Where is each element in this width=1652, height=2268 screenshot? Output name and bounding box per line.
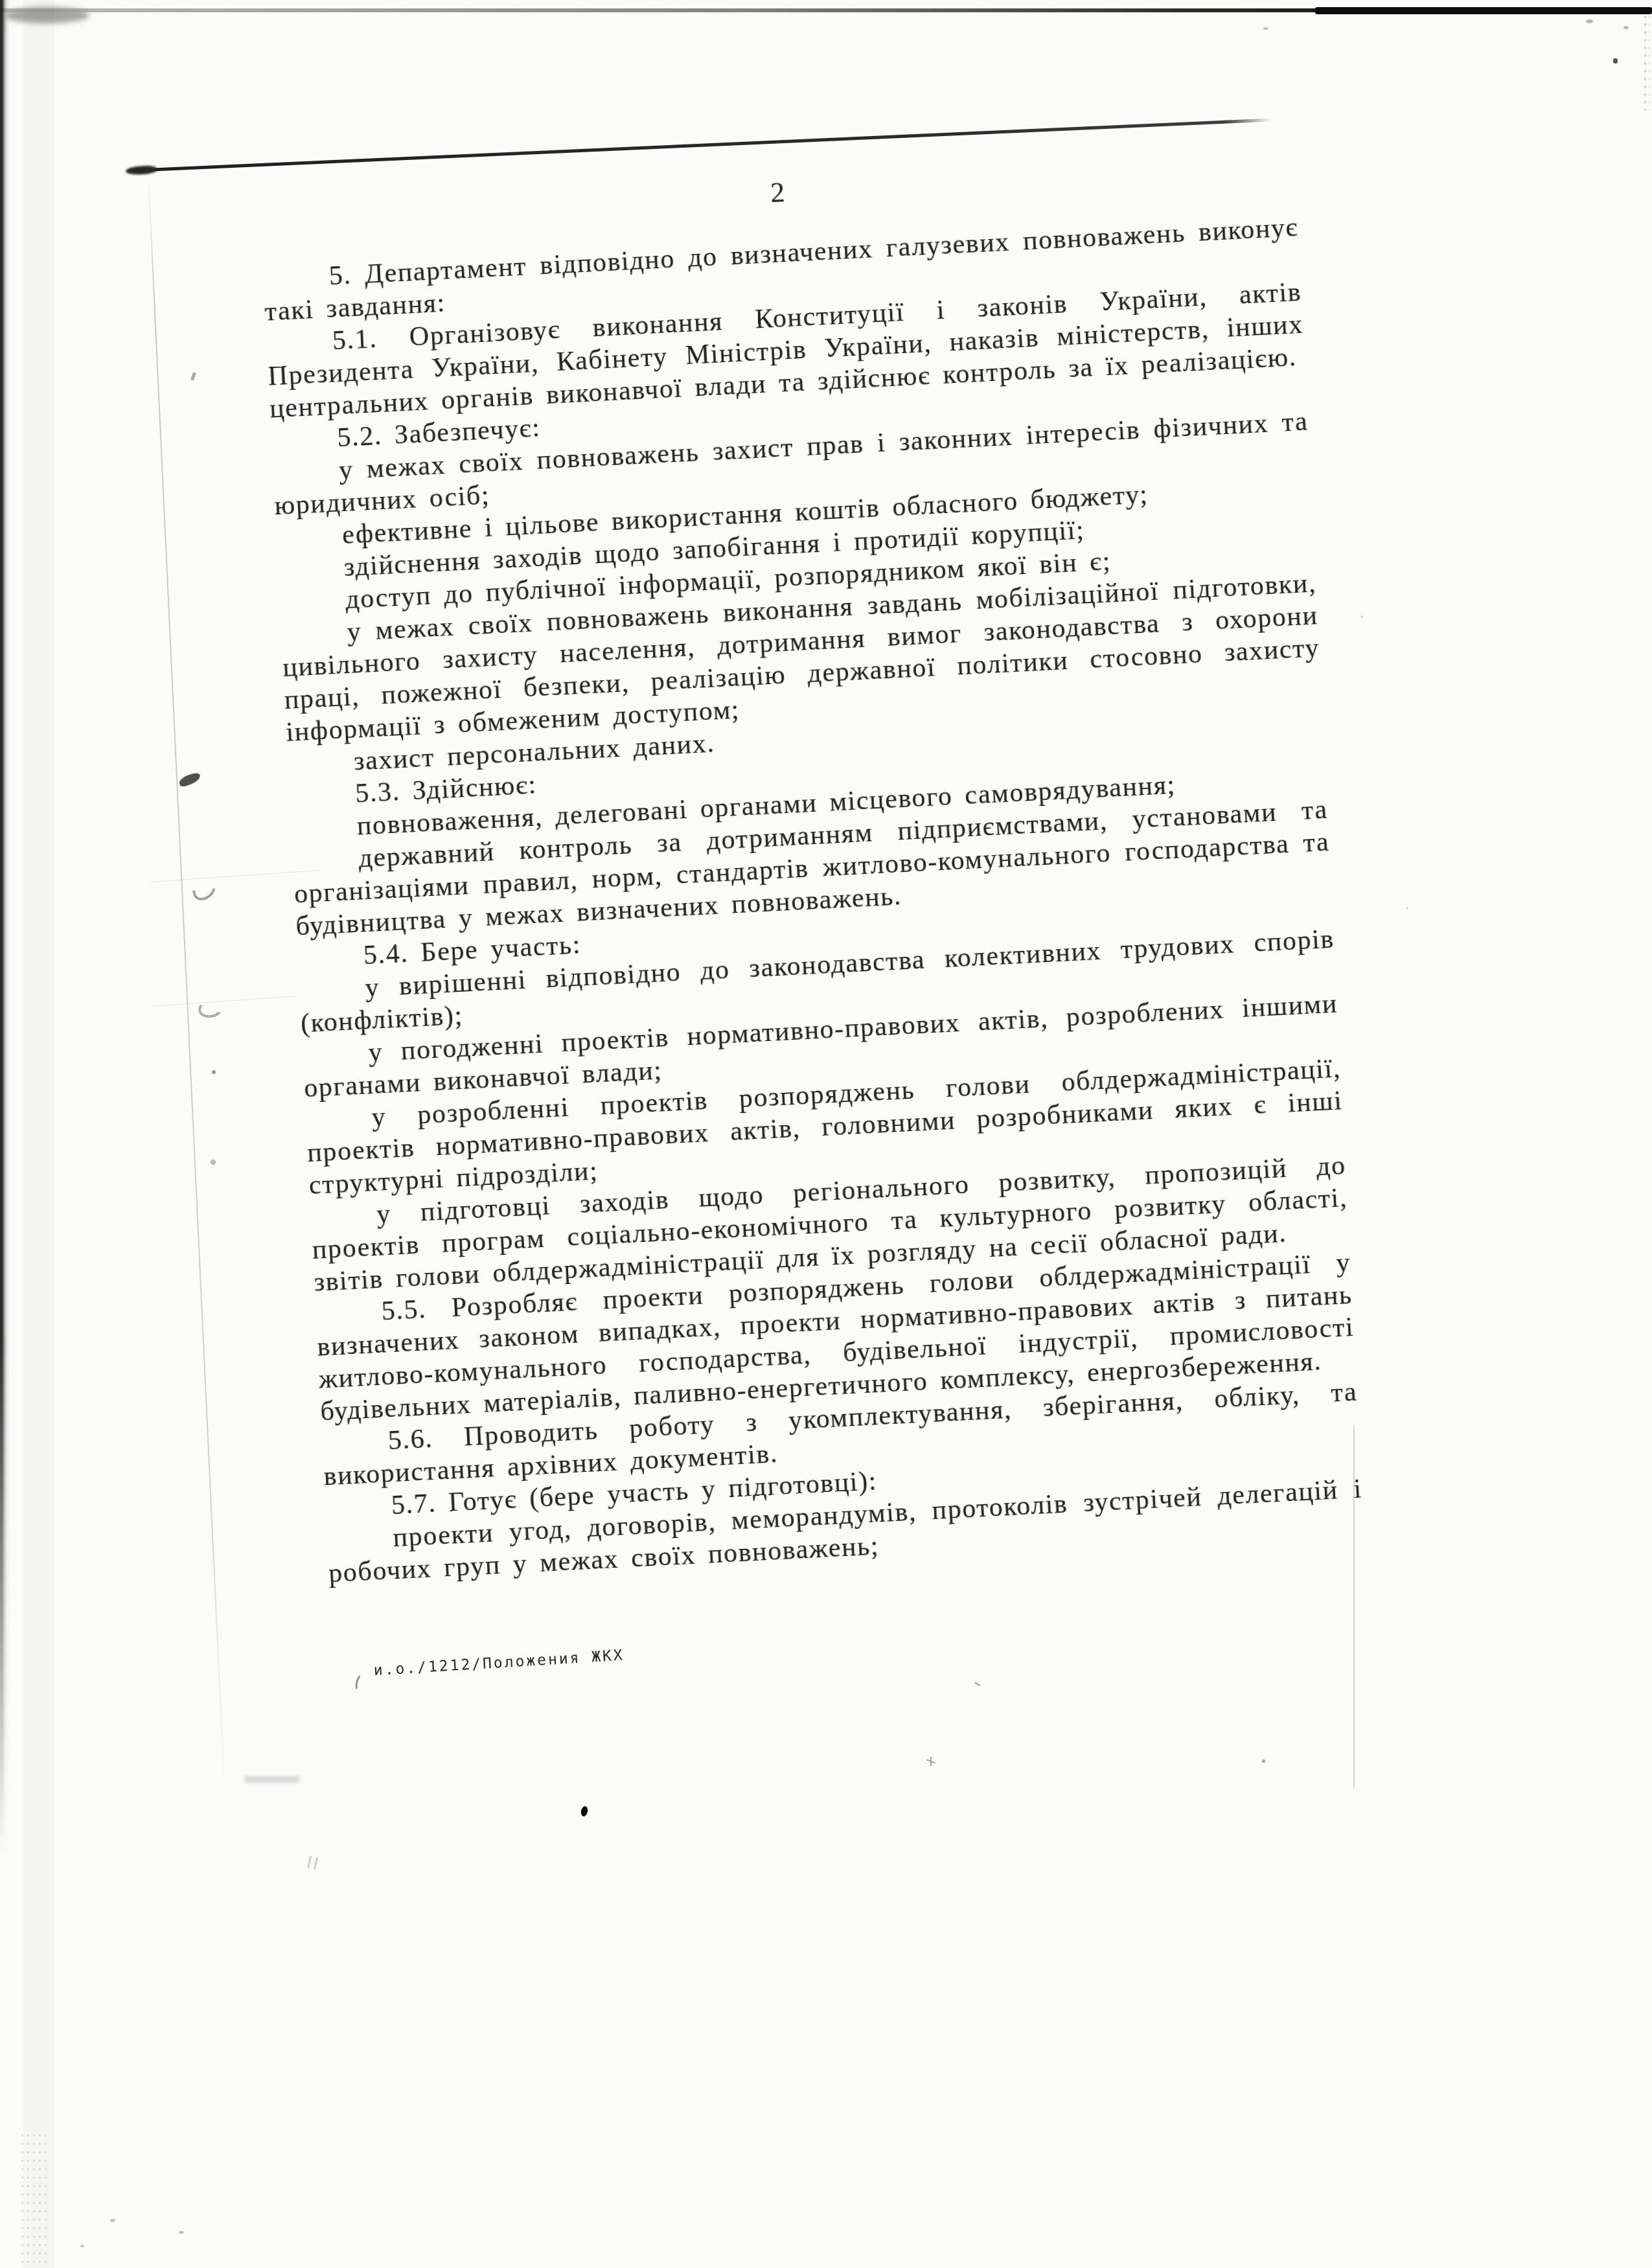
scan-speck: [80, 2245, 84, 2247]
scan-speck: [1613, 58, 1618, 63]
scan-speck: [1586, 19, 1593, 23]
scan-speck: [179, 2231, 184, 2234]
ink-smudge: [178, 772, 202, 788]
scan-speck: [1262, 1759, 1265, 1763]
scanned-document-page: 2 5. Департамент відповідно до визначени…: [0, 0, 1652, 2268]
document-reference-footer: и.о./1212/Положения ЖКХ: [373, 1647, 625, 1679]
paper-crease: [153, 996, 295, 1006]
scan-noise-strip: [19, 2131, 47, 2267]
scan-speck: [1406, 907, 1408, 910]
scan-noise-strip: [1643, 13, 1649, 110]
scanner-edge-dark-bar: [1315, 7, 1652, 14]
scan-speck: [190, 372, 196, 381]
edge-end-smudge: [245, 1776, 299, 1783]
scan-speck: [1263, 27, 1268, 30]
scan-speck: [212, 1070, 216, 1074]
scan-speck: [1360, 615, 1363, 618]
scanner-left-shadow: [0, 0, 10, 1911]
scan-speck: [110, 2219, 115, 2222]
page-text-block: 2 5. Департамент відповідно до визначени…: [259, 150, 1364, 1590]
scan-faint-strokes: [306, 1855, 321, 1871]
paper-left-edge: [148, 175, 225, 1793]
scan-curl-mark: [354, 1673, 368, 1693]
scan-cross-mark: [926, 1757, 935, 1766]
ink-dot: [580, 1805, 588, 1817]
scan-speck: [1623, 26, 1629, 29]
scan-speck: [211, 1160, 216, 1165]
scan-speck: [974, 1682, 980, 1686]
paper-left-tint-band: [23, 0, 54, 2268]
